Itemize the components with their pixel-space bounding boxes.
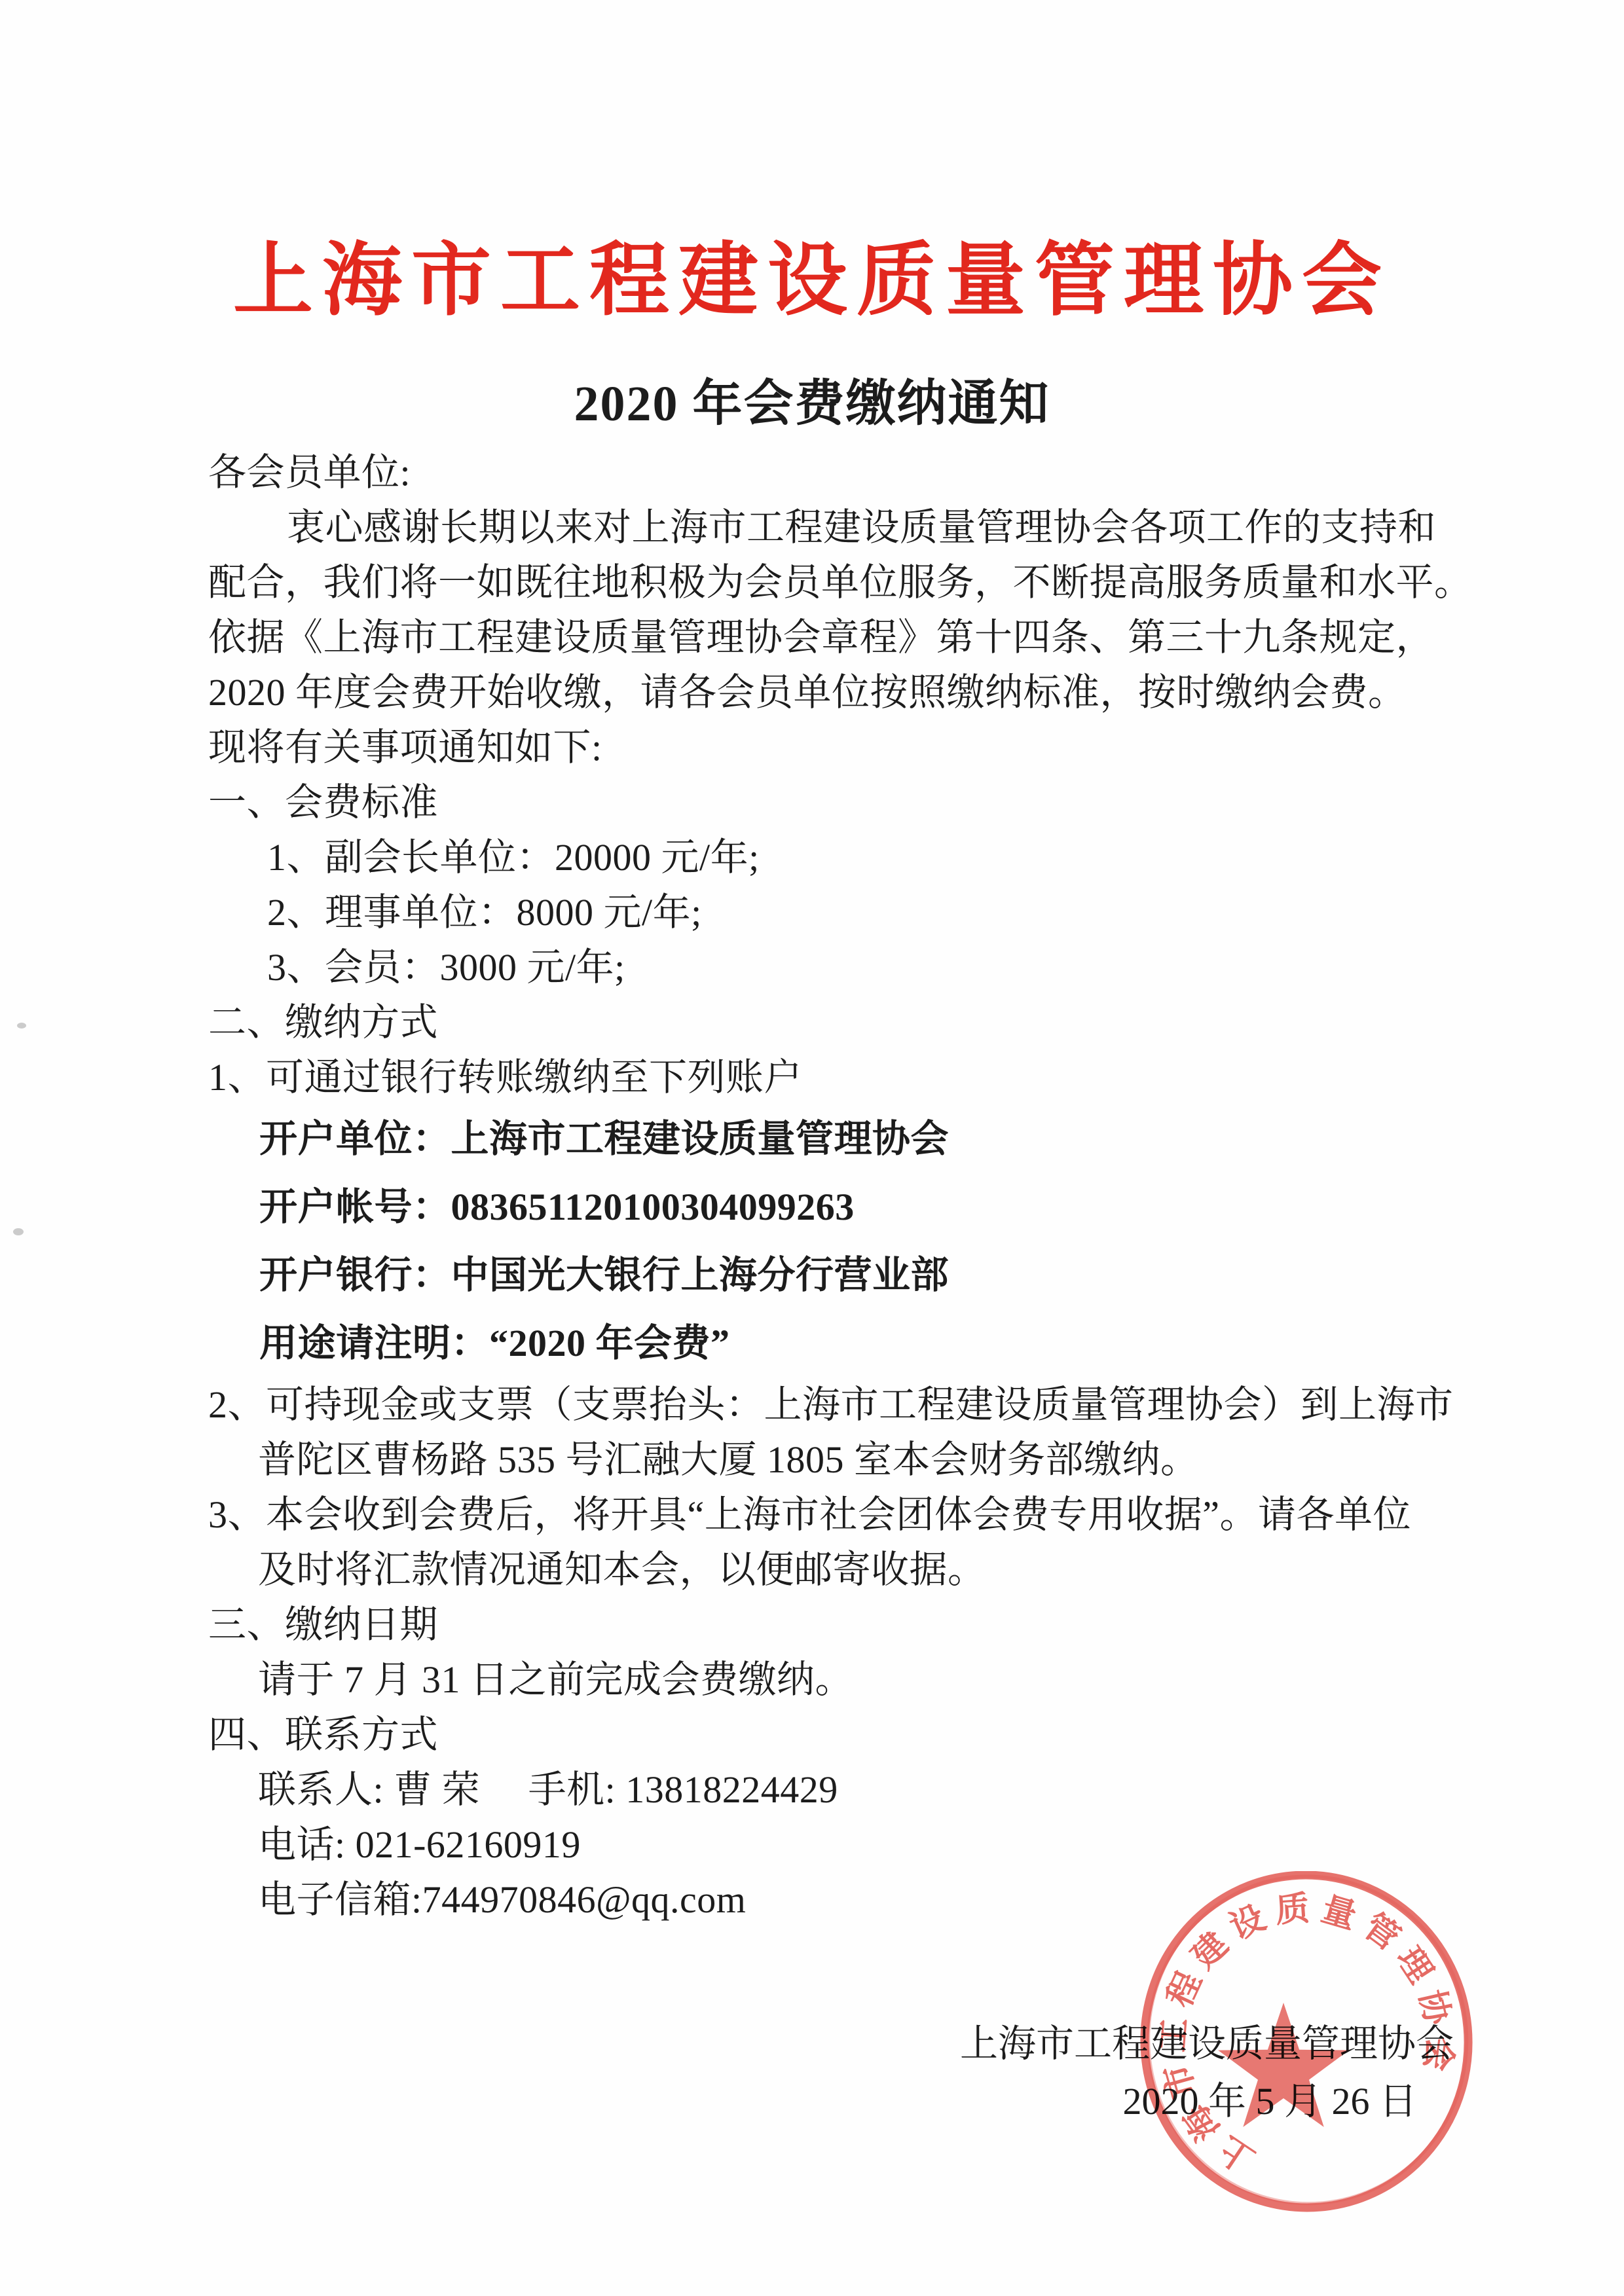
body-line: 请于 7 月 31 日之前完成会费缴纳。 xyxy=(208,1652,1472,1707)
body-line: 2020 年度会费开始收缴，请各会员单位按照缴纳标准，按时缴纳会费。 xyxy=(208,665,1472,720)
body-line: 2、理事单位：8000 元/年; xyxy=(208,885,1472,940)
body-line: 配合，我们将一如既往地积极为会员单位服务，不断提高服务质量和水平。 xyxy=(208,555,1472,610)
body-line: 二、缴纳方式 xyxy=(208,995,1472,1050)
body-line: 四、联系方式 xyxy=(208,1707,1472,1762)
body-line: 衷心感谢长期以来对上海市工程建设质量管理协会各项工作的支持和 xyxy=(208,500,1472,555)
body-line: 及时将汇款情况通知本会，以便邮寄收据。 xyxy=(208,1542,1472,1597)
seal-star-icon xyxy=(1218,2003,1349,2127)
body-line: 3、会员：3000 元/年; xyxy=(208,940,1472,995)
page-title: 上海市工程建设质量管理协会 xyxy=(0,216,1624,331)
seal-ring-text: 上海市工程建设质量管理协会 xyxy=(1154,1889,1459,2178)
scan-speck xyxy=(17,1023,26,1029)
body-line: 1、可通过银行转账缴纳至下列账户 xyxy=(208,1050,1472,1105)
notice-title: 2020 年会费缴纳通知 xyxy=(0,363,1624,435)
scanned-notice-page: 上海市工程建设质量管理协会 2020 年会费缴纳通知 各会员单位:衷心感谢长期以… xyxy=(0,0,1624,2296)
body-line: 3、本会收到会费后，将开具“上海市社会团体会费专用收据”。请各单位 xyxy=(208,1487,1472,1542)
body-line: 依据《上海市工程建设质量管理协会章程》第十四条、第三十九条规定， xyxy=(208,610,1472,665)
notice-body: 各会员单位:衷心感谢长期以来对上海市工程建设质量管理协会各项工作的支持和配合，我… xyxy=(208,445,1472,1927)
body-line: 2、可持现金或支票（支票抬头：上海市工程建设质量管理协会）到上海市 xyxy=(208,1377,1472,1432)
official-seal: 上海市工程建设质量管理协会 xyxy=(1116,1871,1499,2214)
body-line: 开户帐号：083651120100304099263 xyxy=(208,1173,1472,1241)
scan-speck xyxy=(13,1228,24,1235)
body-line: 电话: 021-62160919 xyxy=(208,1817,1472,1872)
body-line: 三、缴纳日期 xyxy=(208,1597,1472,1652)
official-seal-graphic: 上海市工程建设质量管理协会 xyxy=(1116,1871,1499,2214)
body-line: 开户单位：上海市工程建设质量管理协会 xyxy=(208,1105,1472,1173)
body-line: 各会员单位: xyxy=(208,445,1472,500)
body-line: 1、副会长单位：20000 元/年; xyxy=(208,830,1472,885)
body-line: 用途请注明：“2020 年会费” xyxy=(208,1309,1472,1377)
body-line: 现将有关事项通知如下: xyxy=(208,720,1472,775)
body-line: 开户银行：中国光大银行上海分行营业部 xyxy=(208,1241,1472,1309)
body-line: 一、会费标准 xyxy=(208,775,1472,830)
body-line: 联系人: 曹 荣 手机: 13818224429 xyxy=(208,1762,1472,1817)
body-line: 普陀区曹杨路 535 号汇融大厦 1805 室本会财务部缴纳。 xyxy=(208,1432,1472,1487)
